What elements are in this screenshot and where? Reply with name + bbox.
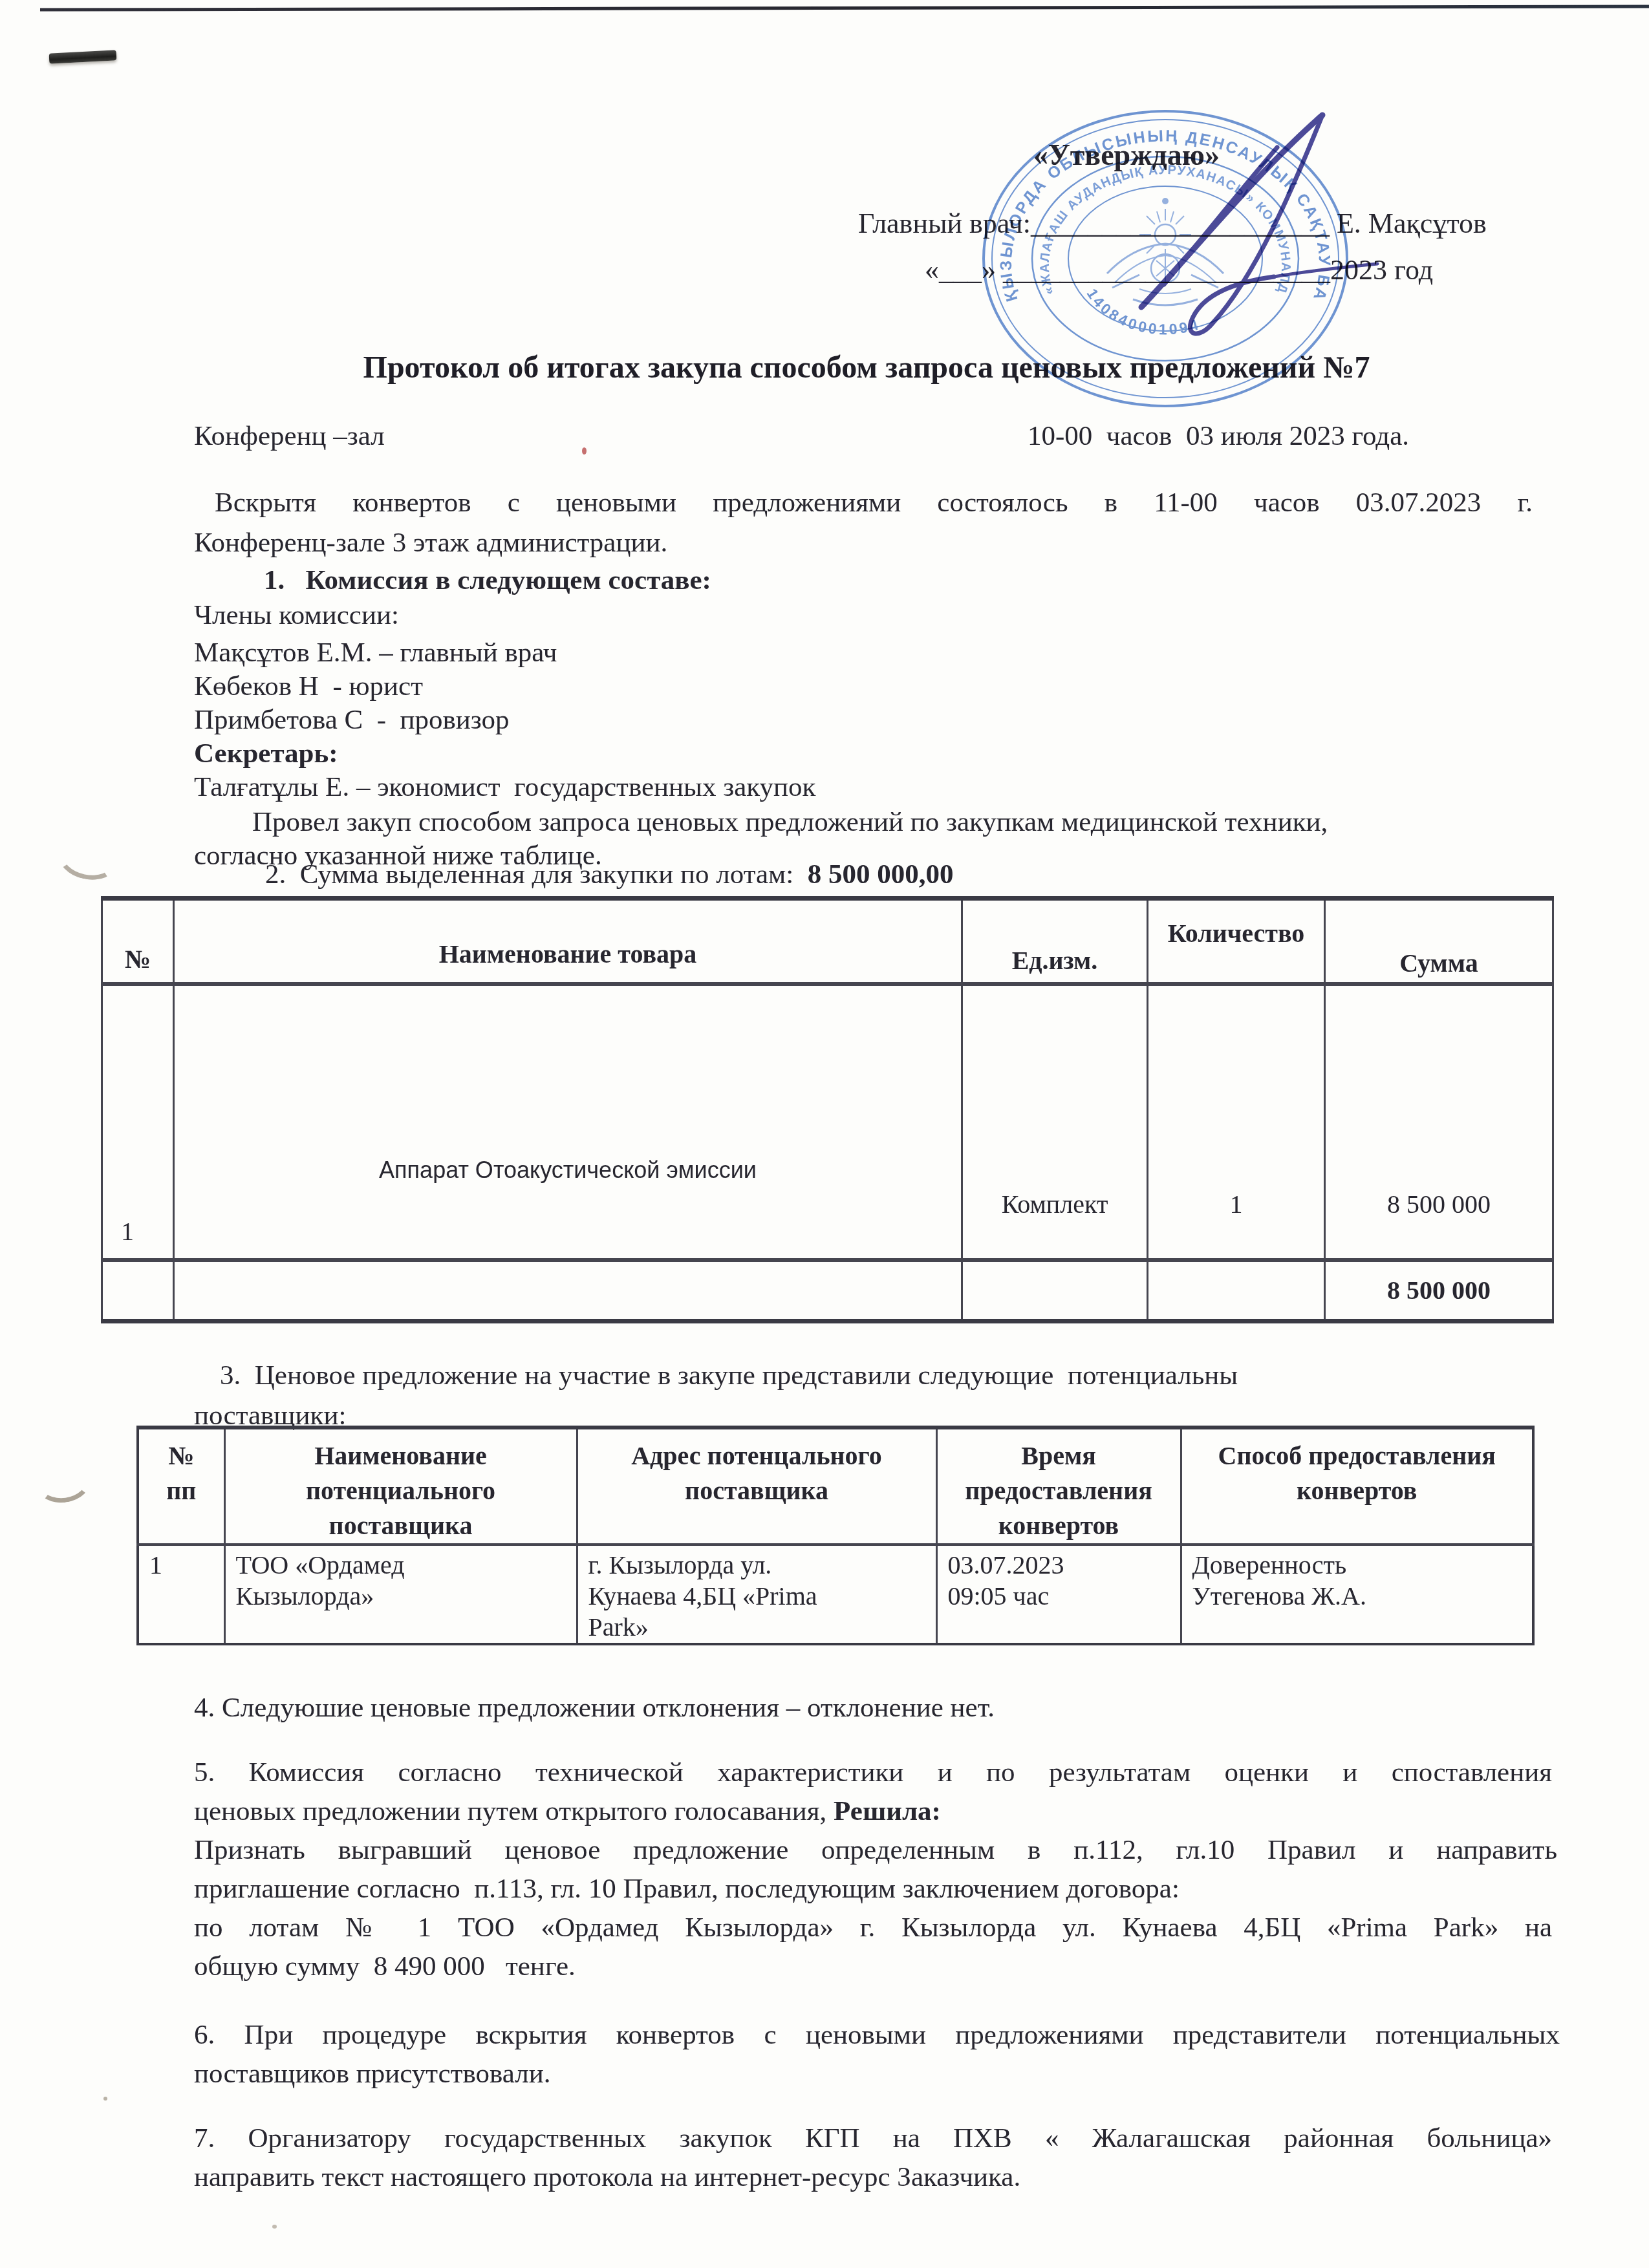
section4-line: 4. Следуюшие ценовые предложении отклоне… xyxy=(194,1689,995,1728)
signature-scribble xyxy=(1054,91,1416,362)
supplier-method: Доверенность Утегенова Ж.А. xyxy=(1181,1545,1533,1644)
red-speck xyxy=(582,447,587,455)
total-empty-cell xyxy=(174,1260,962,1321)
section2-label: 2. Сумма выделенная для закупки по лотам… xyxy=(265,859,808,890)
section7-line1: 7. Организатору государственных закупок … xyxy=(194,2119,1552,2158)
meeting-datetime: 10-00 часов 03 июля 2023 года. xyxy=(1028,417,1409,456)
suppliers-table: № пп Наименование потенциального поставщ… xyxy=(136,1426,1535,1645)
lot-name: Аппарат Отоакустической эмиссии xyxy=(174,984,962,1260)
secretary-name: Талғатұлы Е. – экономист государственных… xyxy=(194,771,815,804)
total-empty-cell xyxy=(962,1260,1148,1321)
section3-line1: 3. Ценовое предложение на участие в заку… xyxy=(220,1356,1238,1395)
lots-table-total-row: 8 500 000 xyxy=(102,1260,1553,1321)
member-item: Примбетова С - провизор xyxy=(194,703,510,737)
section5-line2: ценовых предложении путем открытого голо… xyxy=(194,1792,941,1831)
member-item: Мақсұтов Е.М. – главный врач xyxy=(194,636,557,670)
section5-decision-word: Решила: xyxy=(834,1796,941,1826)
supplier-address: г. Кызылорда ул. Кунаева 4,БЦ «Prima Par… xyxy=(577,1545,936,1644)
lots-table: № Наименование товара Ед.изм. Количество… xyxy=(101,896,1554,1323)
members-label: Члены комиссии: xyxy=(194,599,399,632)
total-empty-cell xyxy=(102,1260,174,1321)
supplier-time: 03.07.2023 09:05 час xyxy=(936,1545,1181,1644)
supplier-name: ТОО «Ордамед Кызылорда» xyxy=(224,1545,577,1644)
gray-speck xyxy=(272,2225,277,2229)
col-header-supplier-name: Наименование потенциального поставщика xyxy=(224,1428,577,1545)
col-header-num: № xyxy=(102,899,174,984)
secretary-label: Секретарь: xyxy=(194,737,338,771)
lot-number: 1 xyxy=(102,984,174,1260)
member-item: Көбеков Н - юрист xyxy=(194,670,423,703)
section5-line1: 5. Комиссия согласно технической характе… xyxy=(194,1753,1552,1792)
gray-speck xyxy=(103,2097,107,2101)
opening-paragraph-line1: Вскрытя конвертов с ценовыми предложения… xyxy=(215,484,1533,522)
section1-heading: 1. Комиссия в следующем составе: xyxy=(264,561,711,600)
lot-qty: 1 xyxy=(1148,984,1325,1260)
col-header-envelope-method: Способ предоставления конвертов xyxy=(1181,1428,1533,1545)
total-empty-cell xyxy=(1148,1260,1325,1321)
lot-sum: 8 500 000 xyxy=(1325,984,1553,1260)
section6-line2: поставщиков присутствовали. xyxy=(194,2055,550,2093)
scan-curl-mark xyxy=(34,1459,93,1506)
section5-line3: Признать выгравший ценовое предложение о… xyxy=(194,1831,1557,1870)
col-header-num-pp: № пп xyxy=(138,1428,224,1545)
section2-amount: 8 500 000,00 xyxy=(808,859,954,890)
scanned-protocol-page: «Утверждаю» Главный врач:_______________… xyxy=(0,0,1649,2268)
venue: Конференц –зал xyxy=(194,417,385,456)
lots-table-row: 1 Аппарат Отоакустической эмиссии Компле… xyxy=(102,984,1553,1260)
supplier-row: 1 ТОО «Ордамед Кызылорда» г. Кызылорда у… xyxy=(138,1545,1533,1644)
opening-paragraph-line2: Конференц-зале 3 этаж администрации. xyxy=(194,524,667,562)
suppliers-header-row: № пп Наименование потенциального поставщ… xyxy=(138,1428,1533,1545)
section5-line4: приглашение согласно п.113, гл. 10 Прави… xyxy=(194,1870,1180,1909)
col-header-sum: Сумма xyxy=(1325,899,1553,984)
section5-line6: общую сумму 8 490 000 тенге. xyxy=(194,1947,576,1986)
col-header-name: Наименование товара xyxy=(174,899,962,984)
supplier-num: 1 xyxy=(138,1545,224,1644)
signature-strokes xyxy=(1141,115,1377,334)
section5-line5: по лотам № 1 ТОО «Ордамед Кызылорда» г. … xyxy=(194,1909,1552,1947)
col-header-supplier-address: Адрес потенцального поставщика xyxy=(577,1428,936,1545)
section5-line2-text: ценовых предложении путем открытого голо… xyxy=(194,1796,834,1826)
lot-unit: Комплект xyxy=(962,984,1148,1260)
section6-line1: 6. При процедуре вскрытия конвертов с це… xyxy=(194,2016,1560,2055)
col-header-unit: Ед.изм. xyxy=(962,899,1148,984)
section2-line: 2. Сумма выделенная для закупки по лотам… xyxy=(265,859,953,891)
scan-curl-mark xyxy=(54,832,121,885)
col-header-qty: Количество xyxy=(1148,899,1325,984)
total-sum: 8 500 000 xyxy=(1325,1260,1553,1321)
conducted-line1: Провел закуп способом запроса ценовых пр… xyxy=(252,806,1328,839)
lots-table-header-row: № Наименование товара Ед.изм. Количество… xyxy=(102,899,1553,984)
staple-mark xyxy=(49,50,117,63)
scan-edge-line xyxy=(40,5,1649,11)
section7-line2: направить текст настоящего протокола на … xyxy=(194,2158,1020,2197)
col-header-envelope-time: Время предоставления конвертов xyxy=(936,1428,1181,1545)
